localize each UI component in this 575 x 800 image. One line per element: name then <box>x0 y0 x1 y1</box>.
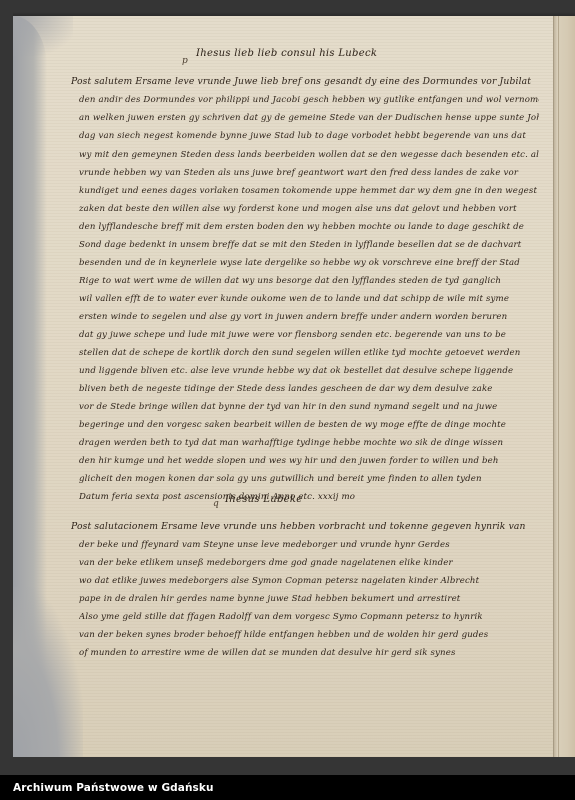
letter-heading-1: Ihesus lieb lieb consul his Lubeck <box>196 48 377 59</box>
text-line: wo dat etlike juwes medeborgers alse Sym… <box>79 576 539 586</box>
text-line: pape in de dralen hir gerdes name bynne … <box>79 594 539 604</box>
text-line: wil vallen efft de to water ever kunde o… <box>79 294 539 304</box>
adjacent-page-edge <box>553 16 575 757</box>
text-line: dag van siech negest komende bynne juwe … <box>79 131 539 141</box>
text-line: vor de Stede bringe willen dat bynne der… <box>79 402 539 412</box>
text-line: wy mit den gemeynen Steden dess lands be… <box>79 150 539 160</box>
text-line: den hir kumge und het wedde slopen und w… <box>79 456 539 466</box>
text-line: Post salutem Ersame leve vrunde Juwe lie… <box>71 76 531 87</box>
text-line: glicheit den mogen konen dar sola gy uns… <box>79 474 539 484</box>
text-line: ersten winde to segelen und alse gy vort… <box>79 312 539 322</box>
text-line: van der beke etlikem unseß medeborgers d… <box>79 558 539 568</box>
manuscript-page: p Ihesus lieb lieb consul his Lubeck Pos… <box>13 16 553 757</box>
text-line: den andir des Dormundes vor philippi und… <box>79 95 539 105</box>
text-line: stellen dat de schepe de kortlik dorch d… <box>79 348 539 358</box>
text-line: Sond dage bedenkt in unsem breffe dat se… <box>79 240 539 250</box>
text-line: an welken juwen ersten gy schriven dat g… <box>79 113 539 123</box>
image-viewer: p Ihesus lieb lieb consul his Lubeck Pos… <box>0 0 575 775</box>
text-line: der beke und ffeynard vam Steyne unse le… <box>79 540 539 550</box>
archive-footer: Archiwum Państwowe w Gdańsku <box>0 775 575 800</box>
text-line: of munden to arrestire wme de willen dat… <box>79 648 539 658</box>
folio-mark-1: p <box>182 56 188 66</box>
text-line: Datum feria sexta post ascensionis domin… <box>79 492 539 502</box>
text-line: besenden und de in keynerleie wyse late … <box>79 258 539 268</box>
text-line: van der beken synes broder behoeff hilde… <box>79 630 539 640</box>
text-line: dat gy juwe schepe und lude mit juwe wer… <box>79 330 539 340</box>
text-line: den lyfflandesche breff mit dem ersten b… <box>79 222 539 232</box>
page-stain-bottom-left <box>13 587 83 757</box>
folio-mark-2: q <box>213 499 219 509</box>
text-line: kundiget und eenes dages vorlaken tosame… <box>79 186 539 196</box>
archive-name: Archiwum Państwowe w Gdańsku <box>13 782 214 794</box>
text-line: Also yme geld stille dat ffagen Radolff … <box>79 612 539 622</box>
text-line: bliven beth de negeste tidinge der Stede… <box>79 384 539 394</box>
letter-heading-2: Ihesus Lubeke <box>225 494 302 505</box>
text-line: Post salutacionem Ersame leve vrunde uns… <box>71 521 531 532</box>
page-stain-top <box>13 16 73 56</box>
text-line: Rige to wat wert wme de willen dat wy un… <box>79 276 539 286</box>
text-line: vrunde hebben wy van Steden als uns juwe… <box>79 168 539 178</box>
text-line: begeringe und den vorgesc saken bearbeit… <box>79 420 539 430</box>
text-line: dragen werden beth to tyd dat man warhaf… <box>79 438 539 448</box>
text-line: und liggende bliven etc. alse leve vrund… <box>79 366 539 376</box>
text-line: zaken dat beste den willen alse wy forde… <box>79 204 539 214</box>
